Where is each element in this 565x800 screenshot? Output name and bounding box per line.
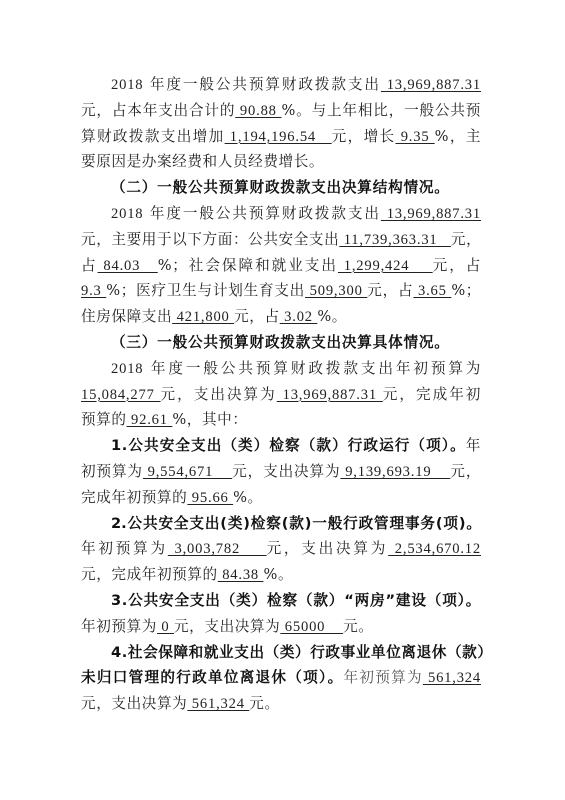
year-value: 2018 [111,77,143,93]
total-expenditure-value: 13,969,887.31 [381,77,481,93]
text: 元，支出决算为 [174,618,280,635]
text: 初预算为 [81,463,143,480]
document-page: 2018 年度一般公共预算财政拨款支出 13,969,887.31 元，占本年支… [81,72,481,717]
text: 年度一般公共预算财政拨款支出年初预算为 [143,360,481,377]
text: 元，支出决算为 [232,463,340,480]
social-security-amount-value: 1,299,424 [338,258,433,274]
increase-amount-value: 1,194,196.54 [225,129,332,145]
item-3-final-account-value: 65000 [280,619,343,635]
text: 元，支出决算为 [81,695,187,712]
housing-share-value: 3.02 [280,309,318,325]
text: 预算的 [81,411,127,428]
item-4-initial-budget-value: 561,324 [423,670,481,686]
total-expenditure-value: 13,969,887.31 [381,206,481,222]
text: %； [451,282,481,299]
summary-line-2: 元，占本年支出合计的 90.88 %。与上年相比，一般公共预 [81,98,481,124]
item-2-line-1: 2.公共安全支出(类)检察(款)一般行政管理事务(项)。 [81,511,481,537]
item-4-line-3: 元，支出决算为 561,324 元。 [81,691,481,717]
structure-line-3: 占 84.03 %；社会保障和就业支出 1,299,424 元，占 [81,253,481,279]
text: 元，占 [234,308,280,325]
text: 算财政拨款支出增加 [81,128,225,145]
text: 住房保障支出 [81,308,172,325]
item-1-initial-budget-value: 9,554,671 [143,464,232,480]
text: %。 [263,566,293,583]
initial-budget-value: 15,084,277 [81,387,161,403]
text: 年初预算为 [81,540,168,557]
share-percent-value: 90.88 [235,103,281,119]
text: 元，占 [433,257,481,274]
text: 元，占本年支出合计的 [81,102,235,119]
text: 元，支出决算为 [267,540,389,557]
text: 占 [81,257,98,274]
item-1-title: 1.公共安全支出（类）检察（款）行政运行（项）。 [111,437,466,454]
final-account-value: 13,969,887.31 [277,387,383,403]
section-2-heading: （二）一般公共预算财政拨款支出决算结构情况。 [81,175,481,201]
text: %。与上年相比，一般公共预 [281,102,481,119]
item-2-line-3: 元，完成年初预算的 84.38 %。 [81,562,481,588]
item-3-title: 3.公共安全支出（类）检察（款）“两房”建设（项）。 [111,592,481,609]
summary-line-1: 2018 年度一般公共预算财政拨款支出 13,969,887.31 [81,72,481,98]
text: 年初预算为 [343,669,422,686]
text: 元， [451,231,481,248]
item-3-initial-budget-value: 0 [157,619,174,635]
text: %。 [317,308,347,325]
public-security-amount-value: 11,739,363.31 [339,232,451,248]
text: 元。 [249,695,279,712]
item-2-final-account-value: 2,534,670.12 [388,541,481,557]
structure-line-1: 2018 年度一般公共预算财政拨款支出 13,969,887.31 [81,201,481,227]
text: 年初预算为 [81,618,157,635]
item-2-line-2: 年初预算为 3,003,782 元，支出决算为 2,534,670.12 [81,536,481,562]
year-value: 2018 [111,361,143,377]
social-security-share-value: 9.3 [81,283,106,299]
text: %，主 [435,128,481,145]
item-4-title-part-1: 4.社会保障和就业支出（类）行政事业单位离退休（款） [111,644,493,661]
item-1-line-1: 1.公共安全支出（类）检察（款）行政运行（项）。年 [81,433,481,459]
text: 元，增长 [332,128,396,145]
item-4-final-account-value: 561,324 [187,696,249,712]
text: 要原因是办案经费和人员经费增长。 [81,153,324,170]
text: 完成年初预算的 [81,489,187,506]
item-1-completion-rate-value: 95.66 [187,490,233,506]
detail-line-3: 预算的 92.61 %，其中： [81,407,481,433]
year-value: 2018 [111,206,143,222]
item-4-title-part-2: 未归口管理的行政单位离退休（项）。 [81,669,343,686]
item-4-line-2: 未归口管理的行政单位离退休（项）。年初预算为 561,324 [81,665,481,691]
structure-line-2: 元，主要用于以下方面：公共安全支出 11,739,363.31 元， [81,227,481,253]
detail-line-1: 2018 年度一般公共预算财政拨款支出年初预算为 [81,356,481,382]
health-amount-value: 509,300 [305,283,367,299]
text: 元，占 [367,282,413,299]
text: %；社会保障和就业支出 [158,257,338,274]
item-1-line-2: 初预算为 9,554,671 元，支出决算为 9,139,693.19 元， [81,459,481,485]
text: 年度一般公共预算财政拨款支出 [143,76,381,93]
text: 元， [450,463,481,480]
detail-line-2: 15,084,277 元，支出决算为 13,969,887.31 元，完成年初 [81,382,481,408]
text: %；医疗卫生与计划生育支出 [106,282,305,299]
structure-line-4: 9.3 %；医疗卫生与计划生育支出 509,300 元，占 3.65 %； [81,278,481,304]
text: %。 [233,489,263,506]
text: 元。 [343,618,373,635]
text: 年 [466,437,481,454]
completion-rate-value: 92.61 [127,412,173,428]
item-3-line-1: 3.公共安全支出（类）检察（款）“两房”建设（项）。 [81,588,481,614]
text: 元，主要用于以下方面：公共安全支出 [81,231,339,248]
health-share-value: 3.65 [413,283,451,299]
growth-percent-value: 9.35 [395,129,434,145]
item-1-line-3: 完成年初预算的 95.66 %。 [81,485,481,511]
text: 元，完成年初预算的 [81,566,218,583]
item-2-title: 2.公共安全支出(类)检察(款)一般行政管理事务(项)。 [111,515,481,532]
text: 元，支出决算为 [161,386,277,403]
summary-line-3: 算财政拨款支出增加 1,194,196.54 元，增长 9.35 %，主 [81,124,481,150]
text: 元，完成年初 [383,386,481,403]
text: %，其中： [172,411,247,428]
housing-amount-value: 421,800 [172,309,234,325]
item-2-initial-budget-value: 3,003,782 [168,541,267,557]
summary-line-4: 要原因是办案经费和人员经费增长。 [81,149,481,175]
structure-line-5: 住房保障支出 421,800 元，占 3.02 %。 [81,304,481,330]
item-1-final-account-value: 9,139,693.19 [340,464,450,480]
item-4-line-1: 4.社会保障和就业支出（类）行政事业单位离退休（款） [81,640,481,666]
public-security-share-value: 84.03 [98,258,158,274]
section-3-heading: （三）一般公共预算财政拨款支出决算具体情况。 [81,330,481,356]
item-2-completion-rate-value: 84.38 [218,567,264,583]
text: 年度一般公共预算财政拨款支出 [143,205,381,222]
item-3-line-2: 年初预算为 0 元，支出决算为 65000 元。 [81,614,481,640]
